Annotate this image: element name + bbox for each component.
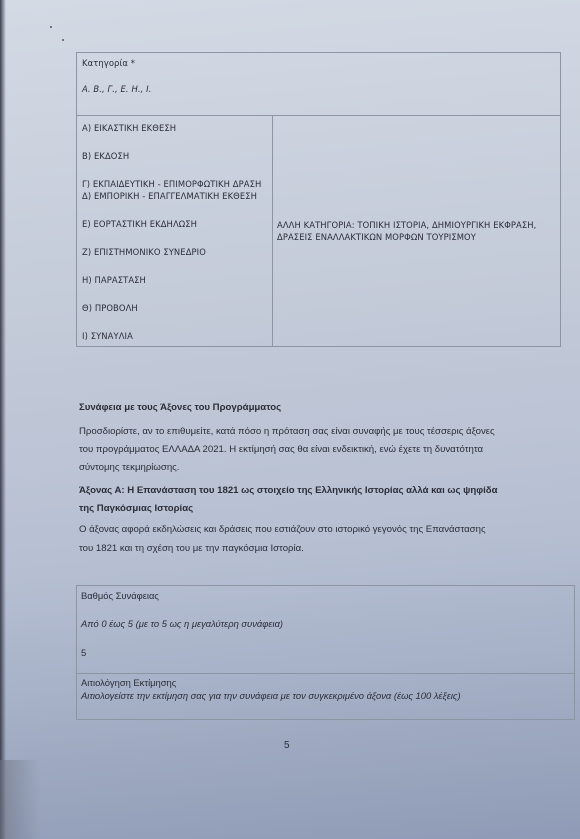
category-option-d: Δ) ΕΜΠΟΡΙΚΗ - ΕΠΑΓΓΕΛΜΑΤΙΚΗ ΕΚΘΕΣΗ: [82, 190, 268, 202]
category-option-e: Ε) ΕΟΡΤΑΣΤΙΚΗ ΕΚΔΗΛΩΣΗ: [82, 218, 268, 230]
category-selected-value: Α. Β., Γ., Ε. Η., Ι.: [82, 84, 555, 94]
relevance-section-title: Συνάφεια με τους Άξονες του Προγράμματος: [79, 402, 499, 413]
category-option-i: Ι) ΣΥΝΑΥΛΙΑ: [82, 330, 268, 342]
axis-a-title: Άξονας Α: Η Επανάσταση του 1821 ως στοιχ…: [79, 482, 499, 518]
justification-label: Αιτιολόγηση Εκτίμησης: [81, 677, 176, 688]
category-option-b: Β) ΕΚΔΟΣΗ: [82, 150, 268, 162]
justification-hint: Αιτιολογείστε την εκτίμηση σας για την σ…: [81, 690, 461, 701]
rating-hint: Από 0 έως 5 (με το 5 ως η μεγαλύτερη συν…: [81, 618, 283, 629]
rating-label: Βαθμός Συνάφειας: [81, 590, 159, 601]
relevance-intro: Προσδιορίστε, αν το επιθυμείτε, κατά πόσ…: [79, 423, 499, 477]
rating-divider: [77, 673, 574, 674]
category-table: Κατηγορία * Α. Β., Γ., Ε. Η., Ι. Α) ΕΙΚΑ…: [76, 52, 561, 347]
category-option-z: Ζ) ΕΠΙΣΤΗΜΟΝΙΚΟ ΣΥΝΕΔΡΙΟ: [82, 246, 268, 258]
category-option-h: Η) ΠΑΡΑΣΤΑΣΗ: [82, 274, 268, 286]
category-option-c: Γ) ΕΚΠΑΙΔΕΥΤΙΚΗ - ΕΠΙΜΟΡΦΩΤΙΚΗ ΔΡΑΣΗ: [82, 178, 268, 190]
page-corner-shadow: [0, 760, 40, 839]
rating-value: 5: [81, 647, 86, 658]
other-category-text: ΑΛΛΗ ΚΑΤΗΓΟΡΙΑ: ΤΟΠΙΚΗ ΙΣΤΟΡΙΑ, ΔΗΜΙΟΥΡΓ…: [277, 220, 536, 242]
category-options-cell: Α) ΕΙΚΑΣΤΙΚΗ ΕΚΘΕΣΗ Β) ΕΚΔΟΣΗ Γ) ΕΚΠΑΙΔΕ…: [77, 116, 273, 347]
page-number: 5: [284, 740, 290, 751]
category-label: Κατηγορία *: [82, 58, 555, 68]
paper-speck: [50, 26, 52, 28]
paper-speck: [62, 39, 64, 41]
other-category-cell: ΑΛΛΗ ΚΑΤΗΓΟΡΙΑ: ΤΟΠΙΚΗ ΙΣΤΟΡΙΑ, ΔΗΜΙΟΥΡΓ…: [273, 116, 561, 347]
category-header-cell: Κατηγορία * Α. Β., Γ., Ε. Η., Ι.: [77, 53, 561, 116]
category-option-th: Θ) ΠΡΟΒΟΛΗ: [82, 302, 268, 314]
axis-a-description: Ο άξονας αφορά εκδηλώσεις και δράσεις πο…: [79, 520, 499, 558]
rating-box: Βαθμός Συνάφειας Από 0 έως 5 (με το 5 ως…: [76, 585, 575, 720]
category-option-a: Α) ΕΙΚΑΣΤΙΚΗ ΕΚΘΕΣΗ: [82, 122, 268, 134]
page-edge-shadow: [0, 0, 6, 839]
